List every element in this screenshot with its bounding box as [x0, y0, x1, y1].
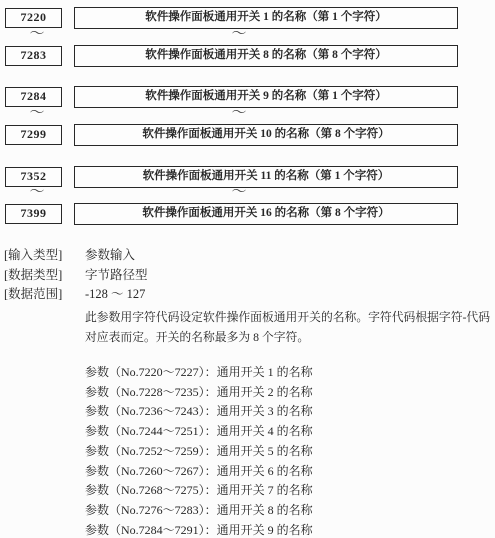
parameter-number: 7283	[5, 46, 62, 66]
parameter-row-7399: 7399 软件操作面板通用开关 16 的名称（第 8 个字符）	[0, 203, 495, 225]
parameter-description: 软件操作面板通用开关 10 的名称（第 8 个字符）	[74, 124, 458, 146]
paragraph-line: 对应表而定。开关的名称最多为 8 个字符。	[85, 328, 489, 348]
parameter-description: 软件操作面板通用开关 9 的名称（第 1 个字符）	[74, 86, 458, 108]
attribute-value: 参数输入	[85, 247, 135, 263]
attribute-label: [数据范围]	[4, 286, 62, 302]
tilde-symbol: ～	[224, 27, 254, 42]
attribute-row-data-range: [数据范围] -128 ～ 127	[0, 286, 495, 304]
parameter-list: 参数（No.7220～7227）：通用开关 1 的名称 参数（No.7228～7…	[85, 363, 489, 538]
parameter-row-7299: 7299 软件操作面板通用开关 10 的名称（第 8 个字符）	[0, 124, 495, 146]
parameter-number: 7284	[5, 87, 62, 107]
parameter-row-7220: 7220 软件操作面板通用开关 1 的名称（第 1 个字符）	[0, 7, 495, 29]
parameter-number: 7399	[5, 204, 62, 224]
parameter-list-item: 参数（No.7220～7227）：通用开关 1 的名称	[85, 363, 489, 383]
parameter-row-7284: 7284 软件操作面板通用开关 9 的名称（第 1 个字符）	[0, 86, 495, 108]
parameter-list-item: 参数（No.7236～7243）：通用开关 3 的名称	[85, 402, 489, 422]
attribute-value: 字节路径型	[85, 267, 148, 283]
continuation-row: ～ ～	[0, 106, 495, 123]
tilde-symbol: ～	[22, 27, 52, 42]
parameter-list-item: 参数（No.7276～7283）：通用开关 8 的名称	[85, 501, 489, 521]
parameter-row-7283: 7283 软件操作面板通用开关 8 的名称（第 8 个字符）	[0, 45, 495, 67]
attribute-label: [输入类型]	[4, 247, 62, 263]
parameter-number: 7220	[5, 8, 62, 28]
paragraph-line: 此参数用字符代码设定软件操作面板通用开关的名称。字符代码根据字符-代码	[85, 308, 489, 328]
parameter-description: 软件操作面板通用开关 1 的名称（第 1 个字符）	[74, 7, 458, 29]
parameter-description: 软件操作面板通用开关 16 的名称（第 8 个字符）	[74, 203, 458, 225]
parameter-list-item: 参数（No.7284～7291）：通用开关 9 的名称	[85, 521, 489, 538]
parameter-list-item: 参数（No.7252～7259）：通用开关 5 的名称	[85, 442, 489, 462]
parameter-list-item: 参数（No.7260～7267）：通用开关 6 的名称	[85, 462, 489, 482]
continuation-row: ～ ～	[0, 185, 495, 202]
tilde-symbol: ～	[224, 185, 254, 200]
tilde-symbol: ～	[22, 185, 52, 200]
tilde-symbol: ～	[22, 106, 52, 121]
parameter-description: 软件操作面板通用开关 8 的名称（第 8 个字符）	[74, 45, 458, 67]
tilde-symbol: ～	[224, 106, 254, 121]
attribute-row-input-type: [输入类型] 参数输入	[0, 247, 495, 265]
continuation-row: ～ ～	[0, 27, 495, 44]
parameter-list-item: 参数（No.7268～7275）：通用开关 7 的名称	[85, 481, 489, 501]
parameter-number: 7299	[5, 125, 62, 145]
document-page: 7220 软件操作面板通用开关 1 的名称（第 1 个字符） ～ ～ 7283 …	[0, 0, 495, 538]
parameter-list-item: 参数（No.7244～7251）：通用开关 4 的名称	[85, 422, 489, 442]
attribute-value: -128 ～ 127	[85, 286, 145, 302]
description-paragraph: 此参数用字符代码设定软件操作面板通用开关的名称。字符代码根据字符-代码 对应表而…	[85, 308, 489, 347]
attribute-row-data-type: [数据类型] 字节路径型	[0, 267, 495, 285]
attribute-label: [数据类型]	[4, 267, 62, 283]
parameter-list-item: 参数（No.7228～7235）：通用开关 2 的名称	[85, 383, 489, 403]
